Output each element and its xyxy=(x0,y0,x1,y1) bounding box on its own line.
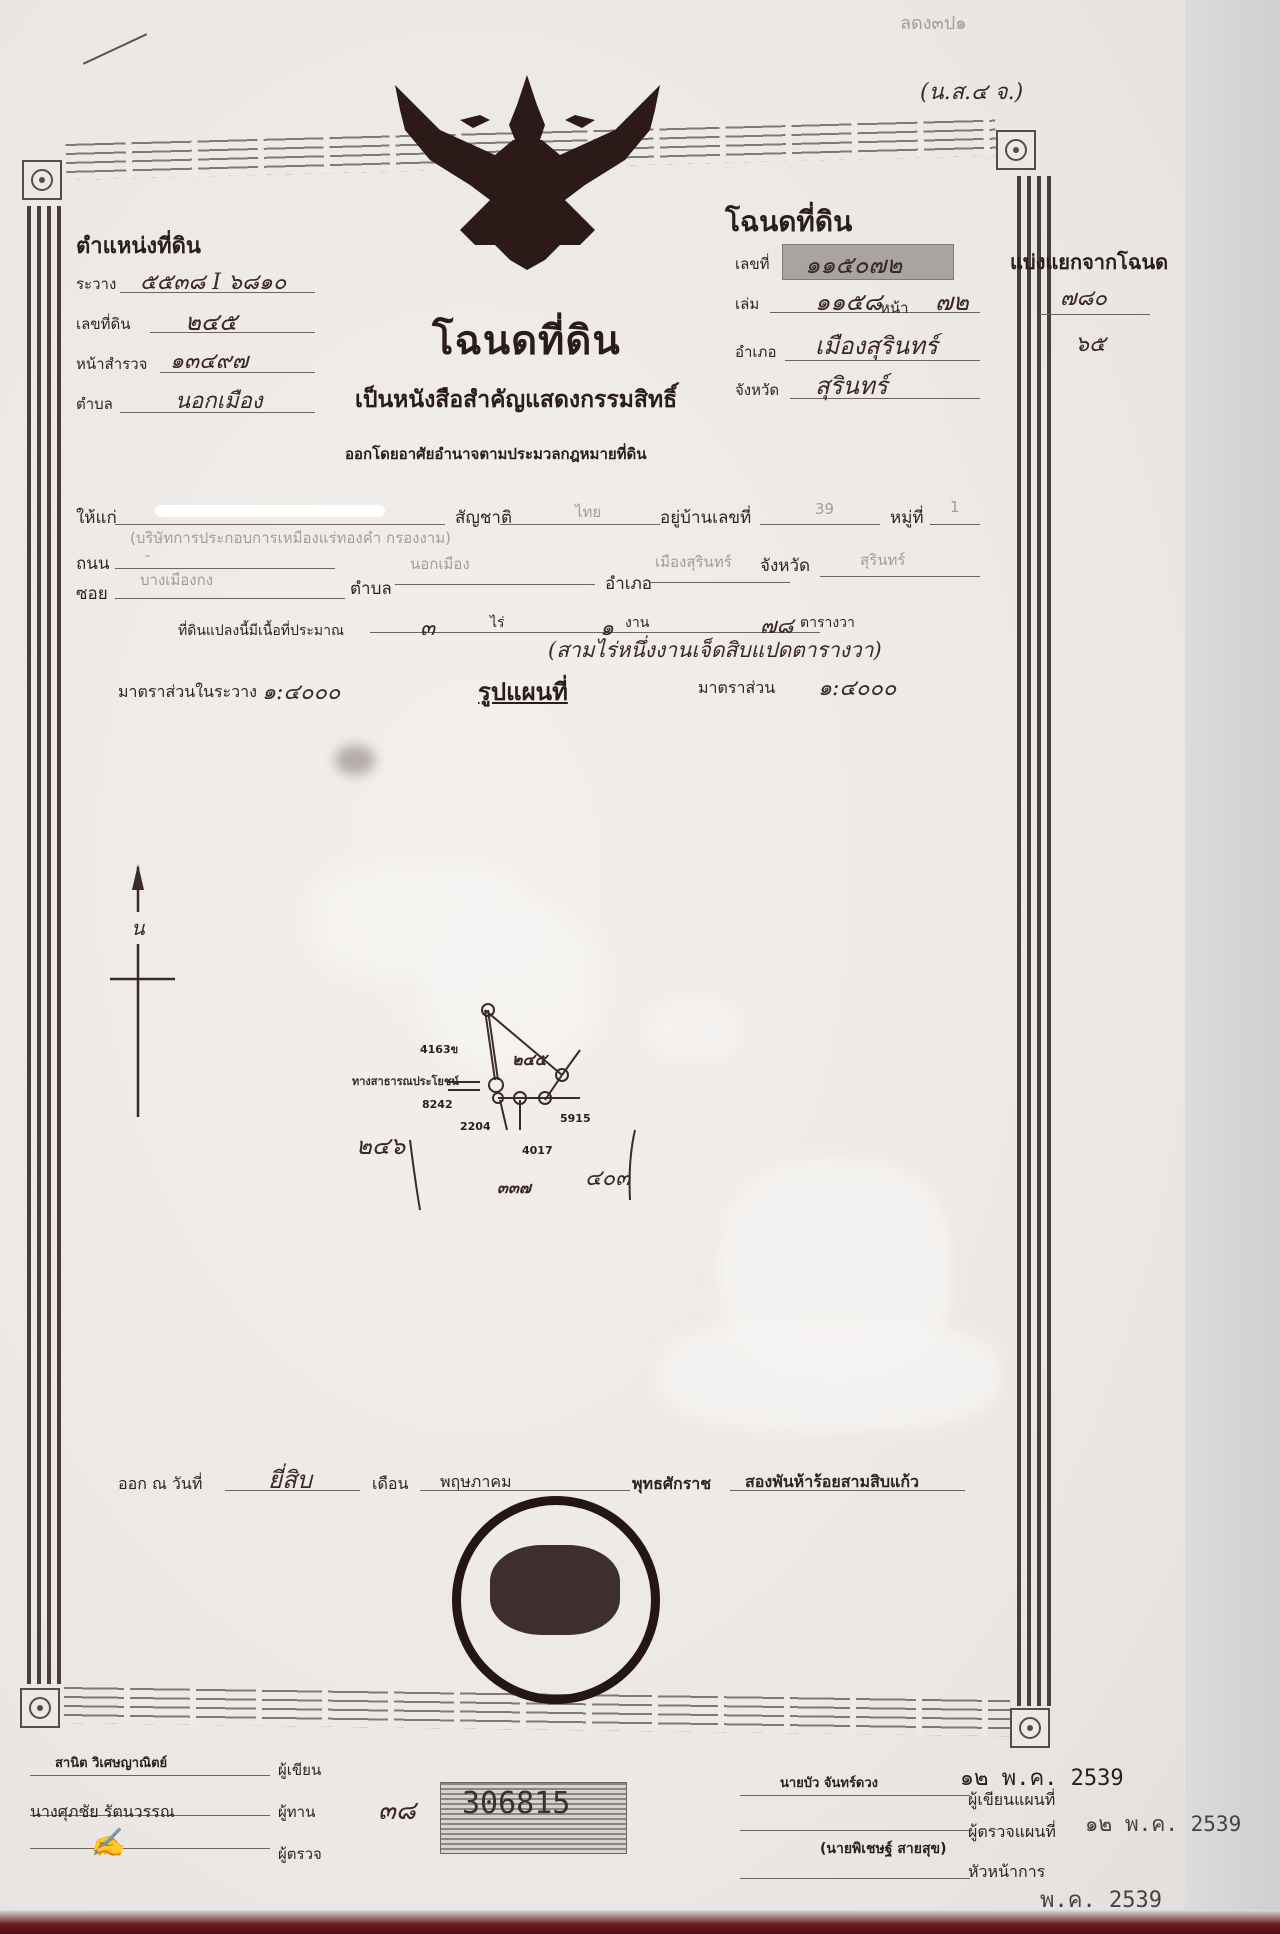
issue-year: สองพันห้าร้อยสามสิบแก้ว xyxy=(745,1470,919,1495)
document-authority: ออกโดยอาศัยอำนาจตามประมวลกฎหมายที่ดิน xyxy=(345,442,647,466)
parcel-bottom-label: ๓๓๗ xyxy=(497,1176,531,1201)
corner-ornament-icon xyxy=(996,130,1036,170)
owner-amphoe-label: อำเภอ xyxy=(605,570,652,597)
field-label-survey-page: หน้าสำรวจ xyxy=(76,352,147,376)
owner-amphoe-value: เมืองสุรินทร์ xyxy=(655,550,732,574)
survey-scale-label: มาตราส่วนในระวาง xyxy=(118,680,257,705)
area-rai: ๓ xyxy=(420,610,435,645)
parcel-code: 8242 xyxy=(422,1098,453,1111)
parcel-bottom-right-label: ๔๐๓ xyxy=(585,1160,630,1195)
owner-annotation: (บริษัทการประกอบการเหมืองแร่ทองคำ กรองงา… xyxy=(130,526,451,550)
writer-name: สานิต วิเศษญาณิตย์ xyxy=(55,1752,167,1773)
area-sqwa-unit: ตารางวา xyxy=(800,612,855,634)
field-value-rawang: ๕๕๓๘ I ๖๘๑๐ xyxy=(140,264,286,299)
deed-no-value: ๑๑๕๐๗๒ xyxy=(805,245,902,284)
north-arrow-icon xyxy=(100,862,180,1122)
area-in-words: (สามไร่หนึ่งงานเจ็ดสิบแปดตารางวา) xyxy=(548,634,882,667)
garuda-emblem-icon xyxy=(385,70,670,280)
top-faint-mark: ลดง๓ป๑ xyxy=(900,8,967,37)
area-label: ที่ดินแปลงนี้มีเนื้อที่ประมาณ xyxy=(178,620,344,642)
owner-tambon-value: นอกเมือง xyxy=(410,552,470,576)
soi-value: บางเมืองกง xyxy=(140,568,213,592)
nationality-label: สัญชาติ xyxy=(455,504,512,531)
owner-tambon-label: ตำบล xyxy=(350,575,392,602)
parcel-left-label: ๒๔๖ xyxy=(356,1126,405,1165)
field-value-land-no: ๒๔๕ xyxy=(185,302,237,341)
issue-month-label: เดือน xyxy=(372,1472,408,1497)
house-no-value: 39 xyxy=(815,500,834,518)
parcel-main-label: ๒๔๕ xyxy=(512,1048,547,1073)
background-edge xyxy=(0,1910,1280,1934)
sheet-number: ๓๘ xyxy=(378,1790,416,1831)
field-value-survey-page: ๑๓๔๙๗ xyxy=(170,343,248,378)
road-label: ถนน xyxy=(76,550,110,577)
border-left xyxy=(24,206,64,1684)
checker-role: ผู้ตรวจ xyxy=(278,1842,322,1866)
owner-province-label: จังหวัด xyxy=(760,552,810,579)
parcel-code: 2204 xyxy=(460,1120,491,1133)
map-checker-role: ผู้ตรวจแผนที่ xyxy=(968,1820,1056,1845)
field-value-tambon: นอกเมือง xyxy=(175,383,263,418)
form-code: (น.ส.๔ จ.) xyxy=(920,74,1023,109)
road-value: - xyxy=(145,546,150,564)
reader-role: ผู้ทาน xyxy=(278,1800,315,1824)
seal-fill xyxy=(490,1545,620,1635)
moo-label: หมู่ที่ xyxy=(890,504,924,531)
book-label: เล่ม xyxy=(735,292,759,316)
document-subtitle: เป็นหนังสือสำคัญแสดงกรรมสิทธิ์ xyxy=(355,382,677,418)
corner-ornament-icon xyxy=(20,1688,60,1728)
map-writer-name: นายบัว จันทร์ดวง xyxy=(780,1772,878,1793)
origin-deed-label: แบ่งแยกจากโฉนด xyxy=(1010,246,1168,278)
head-name: (นายพิเชษฐ์ สายสุข) xyxy=(820,1838,947,1860)
north-label: น xyxy=(131,912,145,944)
area-ngan-unit: งาน xyxy=(625,612,649,634)
survey-scale-value: ๑:๔๐๐๐ xyxy=(262,674,340,709)
map-checker-date: ๑๒ พ.ค. 2539 xyxy=(1085,1808,1241,1841)
land-position-heading: ตำแหน่งที่ดิน xyxy=(76,228,201,263)
owner-province-value: สุรินทร์ xyxy=(860,548,905,572)
whiteout xyxy=(660,1320,1000,1430)
document-title: โฉนดที่ดิน xyxy=(432,308,621,372)
field-label-rawang: ระวาง xyxy=(76,272,116,296)
map-scale-value: ๑:๔๐๐๐ xyxy=(818,670,896,705)
redacted-owner-name xyxy=(155,505,385,517)
grant-label: ให้แก่ xyxy=(76,504,117,531)
border-right xyxy=(1014,176,1054,1706)
issue-month: พฤษภาคม xyxy=(440,1470,512,1495)
deed-heading: โฉนดที่ดิน xyxy=(725,200,852,244)
parcel-code: 5915 xyxy=(560,1112,591,1125)
province-value: สุรินทร์ xyxy=(815,366,888,405)
corner-ornament-icon xyxy=(22,160,62,200)
corner-ornament-icon xyxy=(1010,1708,1050,1748)
nationality-value: ไทย xyxy=(575,500,601,524)
smudge xyxy=(335,745,375,775)
origin-deed-no: ๗๘๐ xyxy=(1060,280,1107,315)
page-label: หน้า xyxy=(880,296,909,320)
field-label-land-no: เลขที่ดิน xyxy=(76,312,130,336)
soi-label: ซอย xyxy=(76,580,108,607)
moo-value: 1 xyxy=(950,498,960,516)
writer-role: ผู้เขียน xyxy=(278,1758,321,1782)
serial-number: 306815 xyxy=(462,1786,570,1821)
head-role: หัวหน้าการ xyxy=(968,1860,1045,1885)
area-rai-unit: ไร่ xyxy=(490,612,505,634)
issue-day: ยี่สิบ xyxy=(268,1460,312,1499)
seal-text: เจ้าพนักงานที่ดิน xyxy=(490,1640,590,1662)
whiteout xyxy=(650,1000,740,1060)
amphoe-label: อำเภอ xyxy=(735,340,776,364)
amphoe-value: เมืองสุรินทร์ xyxy=(815,326,938,365)
checker-signature: ✍ xyxy=(90,1826,125,1859)
field-label-tambon: ตำบล xyxy=(76,392,113,416)
page-value: ๗๒ xyxy=(935,282,969,321)
parcel-code: 4017 xyxy=(522,1144,553,1157)
house-no-label: อยู่บ้านเลขที่ xyxy=(660,504,751,531)
parcel-code: 4163ข xyxy=(420,1040,458,1058)
book-value: ๑๑๕๘ xyxy=(815,282,882,321)
checker-name: นางศุภชัย รัตนวรรณ xyxy=(30,1800,175,1825)
issue-prefix: ออก ณ วันที่ xyxy=(118,1472,202,1497)
province-label: จังหวัด xyxy=(735,378,779,402)
map-scale-label: มาตราส่วน xyxy=(698,676,775,701)
origin-deed-page: ๖๕ xyxy=(1075,326,1106,361)
scan-edge xyxy=(1185,0,1280,1934)
deed-no-label: เลขที่ xyxy=(735,252,769,276)
map-writer-role: ผู้เขียนแผนที่ xyxy=(968,1788,1055,1813)
parcel-road-label: ทางสาธารณประโยชน์ xyxy=(352,1072,459,1090)
issue-year-label: พุทธศักราช xyxy=(632,1472,711,1497)
map-title: รูปแผนที่ xyxy=(478,672,568,711)
